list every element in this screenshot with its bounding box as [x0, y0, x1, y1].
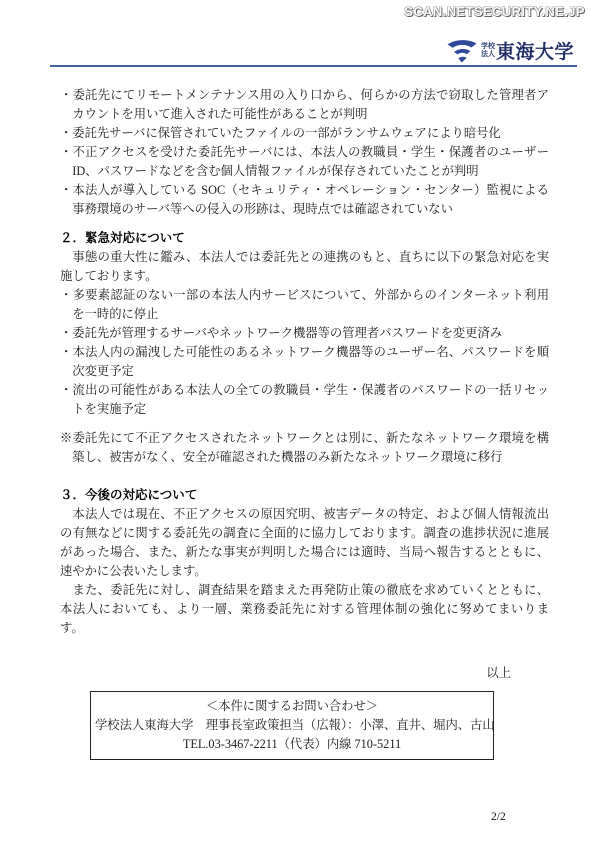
logo-entity-type-bottom: 法人 — [481, 51, 495, 59]
tokai-logo-icon — [446, 38, 478, 64]
finding-bullet: ・委託先にてリモートメンテナンス用の入り口から、何らかの方法で窃取した管理者アカ… — [60, 86, 549, 124]
contact-box-title: ＜本件に関するお問い合わせ＞ — [95, 697, 489, 716]
section-3-paragraph: また、委託先に対し、調査結果を踏まえた再発防止策の徹底を求めていくとともに、本法… — [60, 581, 549, 638]
document-body: ・委託先にてリモートメンテナンス用の入り口から、何らかの方法で窃取した管理者アカ… — [60, 86, 549, 760]
watermark-text: SCAN.NETSECURITY.NE.JP — [404, 4, 585, 19]
section-3-paragraph: 本法人では現在、不正アクセスの原因究明、被害データの特定、および個人情報流出の有… — [60, 505, 549, 581]
response-bullet: ・流出の可能性がある本法人の全ての教職員・学生・保護者のパスワードの一括リセット… — [60, 381, 549, 419]
contact-box-phone: TEL.03-3467-2211（代表）内線 710-5211 — [95, 735, 489, 754]
page-number: 2/2 — [491, 810, 506, 824]
contact-box: ＜本件に関するお問い合わせ＞ 学校法人東海大学 理事長室政策担当（広報）：小澤、… — [90, 691, 494, 760]
section-3-heading: ３．今後の対応について — [60, 486, 549, 505]
logo-entity-type: 学校 法人 — [481, 43, 495, 59]
contact-box-staff: 学校法人東海大学 理事長室政策担当（広報）：小澤、直井、堀内、古山 — [95, 716, 489, 735]
response-bullet: ・多要素認証のない一部の本法人内サービスについて、外部からのインターネット利用を… — [60, 286, 549, 324]
tokai-university-logo: 学校 法人 東海大学 — [446, 37, 574, 64]
document-page: SCAN.NETSECURITY.NE.JP 学校 法人 東海大学 ・委託先にて… — [0, 0, 595, 841]
finding-bullet: ・本法人が導入している SOC（セキュリティ・オペレーション・センター）監視によ… — [60, 181, 549, 219]
network-migration-note: ※委託先にて不正アクセスされたネットワークとは別に、新たなネットワーク環境を構築… — [60, 429, 549, 467]
logo-university-name: 東海大学 — [496, 37, 574, 64]
logo-entity-type-top: 学校 — [481, 43, 495, 51]
header-rule — [50, 65, 577, 67]
response-bullet: ・委託先が管理するサーバやネットワーク機器等の管理者パスワードを変更済み — [60, 324, 549, 343]
section-2-intro: 事態の重大性に鑑み、本法人では委託先との連携のもと、直ちに以下の緊急対応を実施し… — [60, 248, 549, 286]
response-bullet: ・本法人内の漏洩した可能性のあるネットワーク機器等のユーザー名、パスワードを順次… — [60, 343, 549, 381]
finding-bullet: ・委託先サーバに保管されていたファイルの一部がランサムウェアにより暗号化 — [60, 124, 549, 143]
closing-ijou: 以上 — [60, 664, 511, 683]
section-2-heading: ２．緊急対応について — [60, 229, 549, 248]
finding-bullet: ・不正アクセスを受けた委託先サーバには、本法人の教職員・学生・保護者のユーザーI… — [60, 143, 549, 181]
